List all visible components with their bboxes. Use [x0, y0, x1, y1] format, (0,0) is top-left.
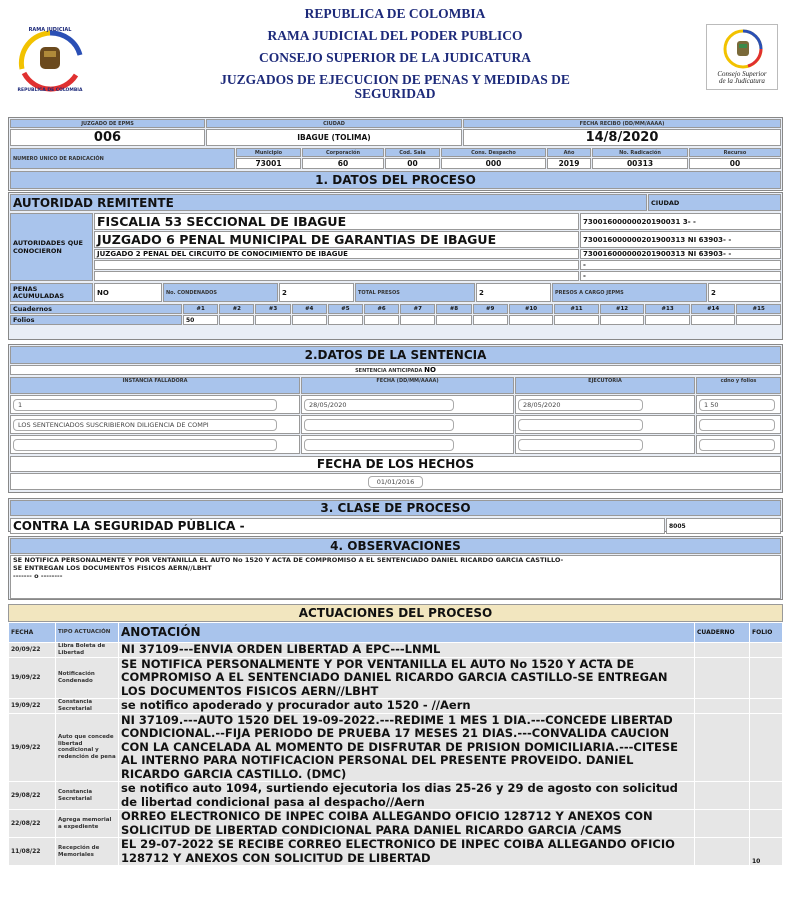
cdno-folios-input[interactable]: 1 50 — [699, 399, 775, 411]
actuacion-fecha: 20/09/22 — [9, 643, 55, 657]
fecha-input[interactable]: 28/05/2020 — [304, 399, 454, 411]
clase-proceso-value: CONTRA LA SEGURIDAD PÚBLICA - — [10, 518, 665, 534]
col-fecha: FECHA (DD/MM/AAAA) — [301, 377, 514, 394]
actuacion-row: 11/08/22Recepción de MemorialesEL 29-07-… — [9, 838, 782, 865]
datos-sentencia-block: 2.DATOS DE LA SENTENCIA SENTENCIA ANTICI… — [8, 344, 783, 493]
fecha-input[interactable] — [304, 439, 454, 451]
cuaderno-header: #3 — [255, 304, 290, 314]
actuacion-folio — [750, 782, 782, 809]
actuacion-row: 19/09/22Auto que concede libertad condic… — [9, 714, 782, 782]
cuaderno-header: #7 — [400, 304, 435, 314]
ejecutoria-input[interactable]: 28/05/2020 — [518, 399, 643, 411]
folio-value — [600, 315, 645, 325]
folio-value — [436, 315, 471, 325]
cuaderno-header: #13 — [645, 304, 690, 314]
actuacion-row: 19/09/22Notificación CondenadoSE NOTIFIC… — [9, 658, 782, 699]
ciudad-remitente-label: CIUDAD — [648, 194, 781, 211]
actuacion-anotacion: EL 29-07-2022 SE RECIBE CORREO ELECTRONI… — [119, 838, 694, 865]
radicacion-label: NUMERO UNICO DE RADICACIÓN — [10, 148, 235, 169]
autoridad-name: JUZGADO 2 PENAL DEL CIRCUITO DE CONOCIMI… — [94, 249, 579, 259]
actuacion-tipo: Libra Boleta de Libertad — [56, 643, 118, 657]
actuacion-row: 20/09/22Libra Boleta de LibertadNI 37109… — [9, 643, 782, 657]
actuacion-fecha: 29/08/22 — [9, 782, 55, 809]
header-line-5: SEGURIDAD — [150, 87, 640, 101]
header-line-2: RAMA JUDICIAL DEL PODER PUBLICO — [150, 28, 640, 43]
folio-value — [645, 315, 690, 325]
bottom-fade — [0, 882, 790, 900]
total-presos-label: TOTAL PRESOS — [355, 283, 475, 302]
ejecutoria-input[interactable] — [518, 419, 643, 431]
folio-value — [736, 315, 781, 325]
actuacion-fecha: 22/08/22 — [9, 810, 55, 837]
no-condenados-value: 2 — [279, 283, 354, 302]
fecha-input[interactable] — [304, 419, 454, 431]
ciudad-label: CIUDAD — [206, 119, 462, 128]
radicacion-field-value: 00 — [385, 158, 440, 169]
datos-proceso-block: AUTORIDAD REMITENTE CIUDAD AUTORIDADES Q… — [8, 192, 783, 340]
observacion-line: ------- o -------- — [13, 572, 778, 580]
cuaderno-header: #1 — [183, 304, 218, 314]
section-1-title: 1. DATOS DEL PROCESO — [10, 171, 781, 189]
cuaderno-header: #15 — [736, 304, 781, 314]
logo-left-bottom-text: REPUBLICA DE COLOMBIA — [18, 87, 83, 93]
observaciones-block: 4. OBSERVACIONES SE NOTIFICA PERSONALMEN… — [8, 536, 783, 600]
actuacion-tipo: Agrega memorial a expediente — [56, 810, 118, 837]
autoridad-code: - — [580, 260, 781, 270]
radicacion-block: JUZGADO DE EPMS CIUDAD FECHA RECIBO (DD/… — [8, 117, 783, 191]
folios-label: Folios — [10, 315, 182, 325]
folio-value — [292, 315, 327, 325]
cuaderno-header: #6 — [364, 304, 399, 314]
cuaderno-header: #2 — [219, 304, 254, 314]
radicacion-field-label: Cons. Despacho — [441, 148, 546, 157]
actuacion-anotacion: se notifico auto 1094, surtiendo ejecuto… — [119, 782, 694, 809]
actuacion-folio — [750, 714, 782, 782]
actuacion-cuaderno — [695, 782, 749, 809]
col-cuaderno: CUADERNO — [695, 623, 749, 642]
folio-value — [364, 315, 399, 325]
actuacion-row: 19/09/22Constancia Secretarialse notific… — [9, 699, 782, 713]
logo-left-top-text: RAMA JUDICIAL — [29, 27, 73, 33]
actuacion-folio — [750, 658, 782, 699]
cdno-folios-input[interactable] — [699, 439, 775, 451]
autoridad-code: 730016000000201900313 NI 63903- - — [580, 249, 781, 259]
actuacion-fecha: 19/09/22 — [9, 699, 55, 713]
col-fecha: FECHA — [9, 623, 55, 642]
no-condenados-label: No. CONDENADOS — [163, 283, 278, 302]
radicacion-field-value: 00313 — [592, 158, 688, 169]
col-instancia: INSTANCIA FALLADORA — [10, 377, 300, 394]
actuacion-folio — [750, 810, 782, 837]
col-ejecutoria: EJECUTORIA — [515, 377, 695, 394]
actuacion-tipo: Constancia Secretarial — [56, 699, 118, 713]
sentencia-anticipada-value: NO — [424, 366, 436, 374]
fecha-hechos-input[interactable]: 01/01/2016 — [368, 476, 423, 488]
radicacion-field-value: 000 — [441, 158, 546, 169]
actuacion-tipo: Recepción de Memoriales — [56, 838, 118, 865]
radicacion-field-label: Municipio — [236, 148, 301, 157]
cuaderno-header: #14 — [691, 304, 736, 314]
fecha-recibo-value: 14/8/2020 — [463, 129, 781, 146]
section-3-title: 3. CLASE DE PROCESO — [10, 500, 781, 516]
actuacion-cuaderno — [695, 838, 749, 865]
radicacion-field-label: Recurso — [689, 148, 781, 157]
actuacion-folio — [750, 699, 782, 713]
ciudad-value: IBAGUE (TOLIMA) — [206, 129, 462, 146]
actuacion-cuaderno — [695, 810, 749, 837]
actuacion-row: 29/08/22Constancia Secretarialse notific… — [9, 782, 782, 809]
actuacion-tipo: Auto que concede libertad condicional y … — [56, 714, 118, 782]
cuaderno-header: #10 — [509, 304, 554, 314]
autoridad-code: - — [580, 271, 781, 281]
clase-proceso-code: 8005 — [666, 518, 781, 534]
cuadernos-label: Cuadernos — [10, 304, 182, 314]
folio-value — [255, 315, 290, 325]
header-line-4: JUZGADOS DE EJECUCION DE PENAS Y MEDIDAS… — [150, 72, 640, 87]
actuacion-cuaderno — [695, 658, 749, 699]
clase-proceso-block: 3. CLASE DE PROCESO CONTRA LA SEGURIDAD … — [8, 498, 783, 532]
total-presos-value: 2 — [476, 283, 551, 302]
folio-value — [400, 315, 435, 325]
autoridad-code: 730016000000201900313 NI 63903- - — [580, 231, 781, 248]
autoridad-name: JUZGADO 6 PENAL MUNICIPAL DE GARANTIAS D… — [94, 231, 579, 248]
cuaderno-header: #8 — [436, 304, 471, 314]
section-4-title: 4. OBSERVACIONES — [10, 538, 781, 554]
autoridades-conocieron-label: AUTORIDADES QUE CONOCIERON — [10, 213, 93, 281]
folio-value — [509, 315, 554, 325]
folio-value — [328, 315, 363, 325]
autoridad-remitente-label: AUTORIDAD REMITENTE — [10, 194, 647, 211]
presos-cargo-label: PRESOS A CARGO JEPMS — [552, 283, 707, 302]
autoridad-name: FISCALIA 53 SECCIONAL DE IBAGUE — [94, 213, 579, 230]
observacion-line: SE ENTREGAN LOS DOCUMENTOS FISICOS AERN/… — [13, 564, 778, 572]
header-line-3: CONSEJO SUPERIOR DE LA JUDICATURA — [150, 50, 640, 65]
actuacion-cuaderno — [695, 699, 749, 713]
rama-judicial-logo: RAMA JUDICIAL REPUBLICA DE COLOMBIA — [10, 25, 90, 93]
header-line-1: REPUBLICA DE COLOMBIA — [150, 6, 640, 21]
cuaderno-header: #9 — [473, 304, 508, 314]
juzgado-value: 006 — [10, 129, 205, 146]
penas-acumuladas-value: NO — [94, 283, 162, 302]
consejo-superior-logo: Consejo Superior de la Judicatura — [706, 24, 778, 90]
presos-cargo-value: 2 — [708, 283, 781, 302]
autoridad-name — [94, 260, 579, 270]
instancia-input[interactable]: LOS SENTENCIADOS SUSCRIBIERON DILIGENCIA… — [13, 419, 277, 431]
actuacion-cuaderno — [695, 714, 749, 782]
actuacion-fecha: 19/09/22 — [9, 714, 55, 782]
folio-value — [473, 315, 508, 325]
radicacion-field-label: Año — [547, 148, 591, 157]
actuacion-anotacion: NI 37109.---AUTO 1520 DEL 19-09-2022.---… — [119, 714, 694, 782]
radicacion-field-value: 73001 — [236, 158, 301, 169]
actuacion-row: 22/08/22Agrega memorial a expedienteORRE… — [9, 810, 782, 837]
col-folio: FOLIO — [750, 623, 782, 642]
juzgado-label: JUZGADO DE EPMS — [10, 119, 205, 128]
actuacion-anotacion: ORREO ELECTRONICO DE INPEC COIBA ALLEGAN… — [119, 810, 694, 837]
radicacion-field-value: 60 — [302, 158, 384, 169]
col-cdno-folios: cdno y folios — [696, 377, 781, 394]
actuacion-anotacion: se notifico apoderado y procurador auto … — [119, 699, 694, 713]
cuaderno-header: #4 — [292, 304, 327, 314]
col-tipo: TIPO ACTUACIÓN — [56, 623, 118, 642]
actuacion-folio: 10 — [750, 838, 782, 865]
radicacion-field-value: 00 — [689, 158, 781, 169]
fecha-hechos-label: FECHA DE LOS HECHOS — [10, 456, 781, 472]
instancia-input[interactable] — [13, 439, 277, 451]
instancia-input[interactable]: 1 — [13, 399, 277, 411]
actuacion-tipo: Constancia Secretarial — [56, 782, 118, 809]
fecha-recibo-label: FECHA RECIBO (DD/MM/AAAA) — [463, 119, 781, 128]
col-anotacion: ANOTACIÓN — [119, 623, 694, 642]
cuaderno-header: #5 — [328, 304, 363, 314]
sentencia-anticipada-label: SENTENCIA ANTICIPADA — [355, 368, 422, 374]
actuacion-tipo: Notificación Condenado — [56, 658, 118, 699]
actuacion-cuaderno — [695, 643, 749, 657]
folio-value: 50 — [183, 315, 218, 325]
actuacion-anotacion: SE NOTIFICA PERSONALMENTE Y POR VENTANIL… — [119, 658, 694, 699]
autoridad-name — [94, 271, 579, 281]
observacion-line: SE NOTIFICA PERSONALMENTE Y POR VENTANIL… — [13, 556, 778, 564]
actuacion-fecha: 19/09/22 — [9, 658, 55, 699]
actuaciones-block: ACTUACIONES DEL PROCESO FECHA TIPO ACTUA… — [8, 604, 783, 866]
actuacion-fecha: 11/08/22 — [9, 838, 55, 865]
cdno-folios-input[interactable] — [699, 419, 775, 431]
ejecutoria-input[interactable] — [518, 439, 643, 451]
section-2-title: 2.DATOS DE LA SENTENCIA — [10, 346, 781, 364]
radicacion-field-value: 2019 — [547, 158, 591, 169]
autoridad-code: 73001600000020190031 3- - — [580, 213, 781, 230]
radicacion-field-label: No. Radicación — [592, 148, 688, 157]
folio-value — [691, 315, 736, 325]
actuaciones-title: ACTUACIONES DEL PROCESO — [8, 604, 783, 622]
page-header: RAMA JUDICIAL REPUBLICA DE COLOMBIA REPU… — [0, 0, 790, 112]
radicacion-field-label: Cod. Sala — [385, 148, 440, 157]
cuaderno-header: #11 — [554, 304, 599, 314]
logo-right-caption-2: de la Judicatura — [707, 78, 777, 85]
actuacion-folio — [750, 643, 782, 657]
folio-value — [219, 315, 254, 325]
folio-value — [554, 315, 599, 325]
radicacion-field-label: Corporación — [302, 148, 384, 157]
cuaderno-header: #12 — [600, 304, 645, 314]
penas-acumuladas-label: PENAS ACUMULADAS — [10, 283, 93, 302]
actuacion-anotacion: NI 37109---ENVIA ORDEN LIBERTAD A EPC---… — [119, 643, 694, 657]
